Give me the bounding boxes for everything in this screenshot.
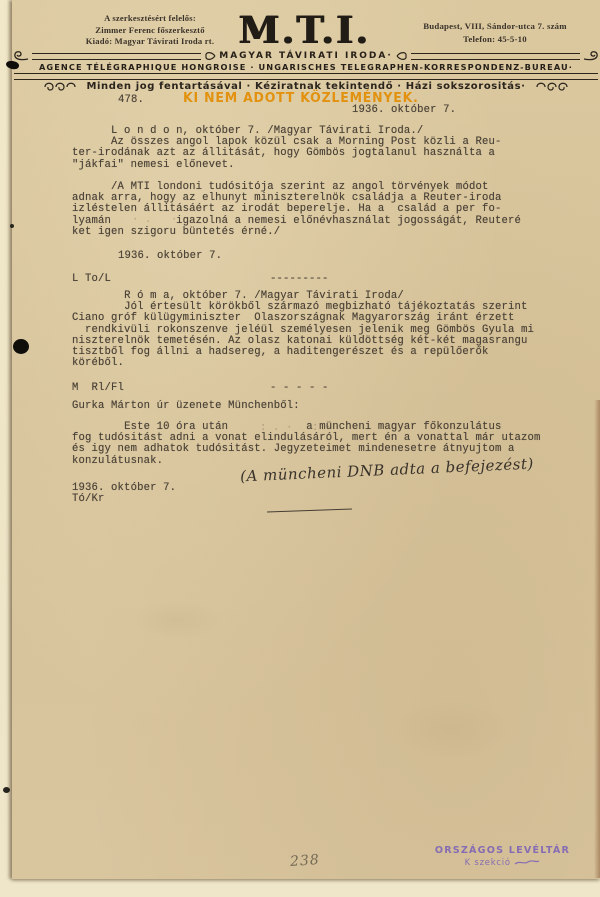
archive-stamp-section-text: K szekció bbox=[465, 857, 511, 867]
small-dot-mark-bottom bbox=[3, 787, 10, 793]
signature-bottom: Tó/Kr bbox=[72, 494, 105, 505]
letterhead-address-line: Budapest, VIII, Sándor-utca 7. szám bbox=[395, 20, 595, 33]
archive-stamp: ORSZÁGOS LEVÉLTÁR K szekció bbox=[420, 845, 585, 867]
archive-stamp-section: K szekció bbox=[420, 857, 585, 867]
separator-dashes-1: --------- bbox=[270, 274, 329, 285]
small-dot-mark bbox=[10, 224, 14, 228]
letterhead-address-block: Budapest, VIII, Sándor-utca 7. szám Tele… bbox=[395, 20, 595, 46]
agency-name-fr-de: AGENCE TÉLÉGRAPHIQUE HONGROISE · UNGARIS… bbox=[12, 62, 600, 72]
serial-number: 478. bbox=[118, 95, 144, 106]
munich-message-header: Gurka Márton úr üzenete Münchenből: bbox=[72, 401, 300, 412]
letterhead-phone-line: Telefon: 45-5-10 bbox=[395, 33, 595, 46]
left-curl-ornament bbox=[12, 50, 30, 62]
london-editorial-note: /A MTI londoni tudósitója szerint az ang… bbox=[72, 182, 594, 238]
letterhead-chief-editor-line: Zimmer Ferenc főszerkesztő bbox=[70, 25, 230, 37]
banner-rule-right bbox=[411, 53, 580, 60]
title-knot-left-ornament bbox=[203, 50, 217, 62]
archive-stamp-squiggle bbox=[514, 859, 540, 866]
faint-erased-text-2: : . · : · bbox=[260, 423, 332, 434]
document-paper: A szerkesztésért felelős: Zimmer Ferenc … bbox=[12, 0, 600, 879]
london-news-item: L o n d o n, október 7. /Magyar Távirati… bbox=[72, 126, 594, 171]
date-mid: 1936. október 7. bbox=[118, 251, 222, 262]
archive-stamp-title: ORSZÁGOS LEVÉLTÁR bbox=[420, 845, 585, 856]
punch-hole bbox=[13, 339, 29, 354]
right-curl-ornament bbox=[582, 50, 600, 62]
faint-erased-text-1: · . · bbox=[132, 215, 178, 226]
agency-name-banner: MAGYAR TÁVIRATI IRODA· bbox=[12, 50, 600, 62]
scan-edge-shadow bbox=[594, 400, 600, 878]
scanned-archive-document: { "header": { "left_lines": [ "A szerkes… bbox=[0, 0, 600, 897]
banner-rule-left bbox=[32, 53, 201, 60]
date-top: 1936. október 7. bbox=[352, 105, 456, 116]
rights-spiral-right-ornament bbox=[534, 80, 568, 93]
signature-london: L To/L bbox=[72, 274, 111, 285]
mti-logo: M.T.I. bbox=[212, 8, 397, 52]
agency-name-hu: MAGYAR TÁVIRATI IRODA· bbox=[217, 51, 395, 61]
rome-news-item: R ó m a, október 7. /Magyar Távirati Iro… bbox=[72, 291, 597, 369]
paper-stain bbox=[392, 700, 512, 760]
letterhead-publisher-block: A szerkesztésért felelős: Zimmer Ferenc … bbox=[70, 13, 230, 48]
closing-rule bbox=[267, 509, 352, 513]
letterhead-publisher-line: Kiadó: Magyar Távirati Iroda rt. bbox=[70, 36, 230, 48]
title-knot-right-ornament bbox=[395, 50, 409, 62]
paper-stain bbox=[132, 600, 222, 640]
signature-rome: M Rl/Fl bbox=[72, 383, 124, 394]
rights-spiral-left-ornament bbox=[44, 80, 78, 93]
letterhead-editor-line: A szerkesztésért felelős: bbox=[70, 13, 230, 25]
header-double-rule bbox=[14, 73, 598, 80]
not-issued-stamp: KI NEM ADOTT KÖZLEMÉNYEK. bbox=[183, 90, 419, 106]
separator-dashes-2: - - - - - bbox=[270, 383, 329, 394]
handwritten-page-number: 238 bbox=[289, 852, 320, 870]
